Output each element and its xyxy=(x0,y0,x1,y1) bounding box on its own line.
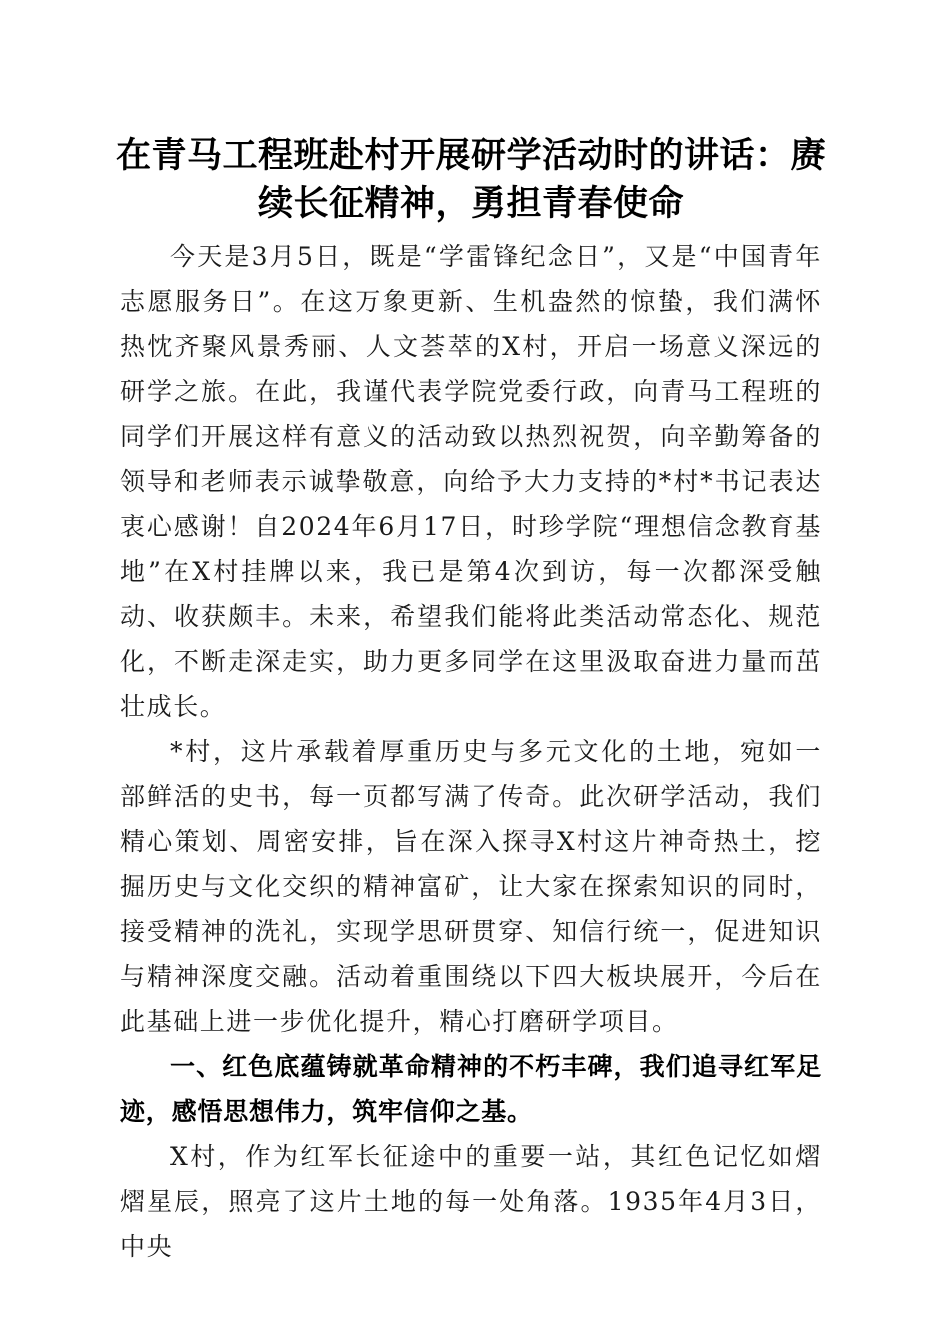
document-page: 在青马工程班赴村开展研学活动时的讲话：赓续长征精神，勇担青春使命 今天是3月5日… xyxy=(120,132,822,1269)
section-heading-1: 一、红色底蕴铸就革命精神的不朽丰碑，我们追寻红军足迹，感悟思想伟力，筑牢信仰之基… xyxy=(120,1044,822,1134)
body-paragraph-2: *村，这片承载着厚重历史与多元文化的土地，宛如一部鲜活的史书，每一页都写满了传奇… xyxy=(120,729,822,1044)
document-title: 在青马工程班赴村开展研学活动时的讲话：赓续长征精神，勇担青春使命 xyxy=(112,132,830,228)
section-paragraph-1: X村，作为红军长征途中的重要一站，其红色记忆如熠熠星辰，照亮了这片土地的每一处角… xyxy=(120,1134,822,1269)
body-paragraph-1: 今天是3月5日，既是“学雷锋纪念日”，又是“中国青年志愿服务日”。在这万象更新、… xyxy=(120,234,822,729)
